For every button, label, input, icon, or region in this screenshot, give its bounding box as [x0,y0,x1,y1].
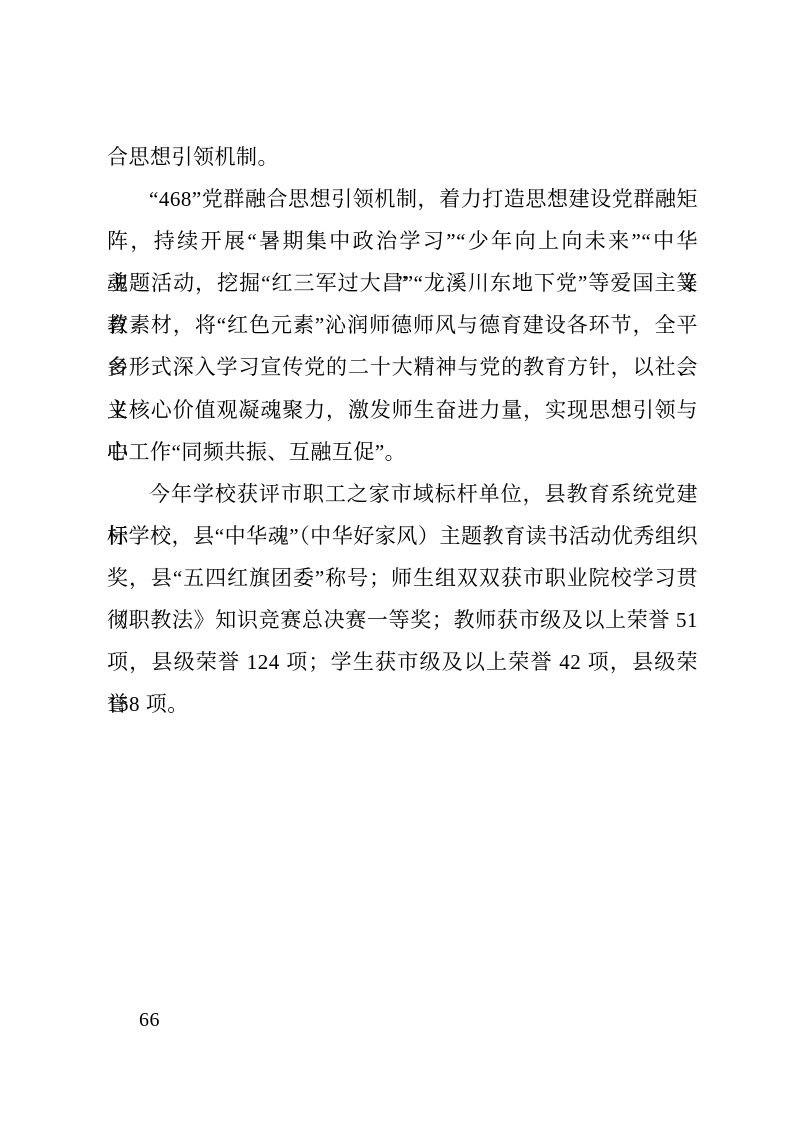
text-line: 《职教法》知识竞赛总决赛一等奖；教师获市级及以上荣誉 51 [107,599,698,641]
text-line: 阵，持续开展“暑期集中政治学习”“少年向上向未来”“中华魂”等 [107,220,698,262]
text-line: 主题活动，挖掘“红三军过大昌”“龙溪川东地下党”等爱国主义教 [107,262,698,304]
text-line: 义核心价值观凝魂聚力，激发师生奋进力量，实现思想引领与中 [107,389,698,431]
page-number: 66 [139,1006,160,1034]
document-body: 合思想引领机制。 “468”党群融合思想引领机制，着力打造思想建设党群融矩 阵，… [107,136,698,725]
text-line: 心工作“同频共振、互融互促”。 [107,431,698,473]
text-line: 多形式深入学习宣传党的二十大精神与党的教育方针，以社会主 [107,346,698,388]
text-line: 项，县级荣誉 124 项；学生获市级及以上荣誉 42 项，县级荣誉 [107,641,698,683]
document-page: 合思想引领机制。 “468”党群融合思想引领机制，着力打造思想建设党群融矩 阵，… [0,0,794,1123]
text-line: 奖，县“五四红旗团委”称号；师生组双双获市职业院校学习贯彻 [107,557,698,599]
text-line: 合思想引领机制。 [107,136,698,178]
text-line: 今年学校获评市职工之家市域标杆单位，县教育系统党建标 [107,473,698,515]
text-line: 158 项。 [107,683,698,725]
text-line: 杆学校，县“中华魂”（中华好家风）主题教育读书活动优秀组织 [107,515,698,557]
text-line: 育素材，将“红色元素”沁润师德师风与德育建设各环节，全平台、 [107,304,698,346]
text-line: “468”党群融合思想引领机制，着力打造思想建设党群融矩 [107,178,698,220]
